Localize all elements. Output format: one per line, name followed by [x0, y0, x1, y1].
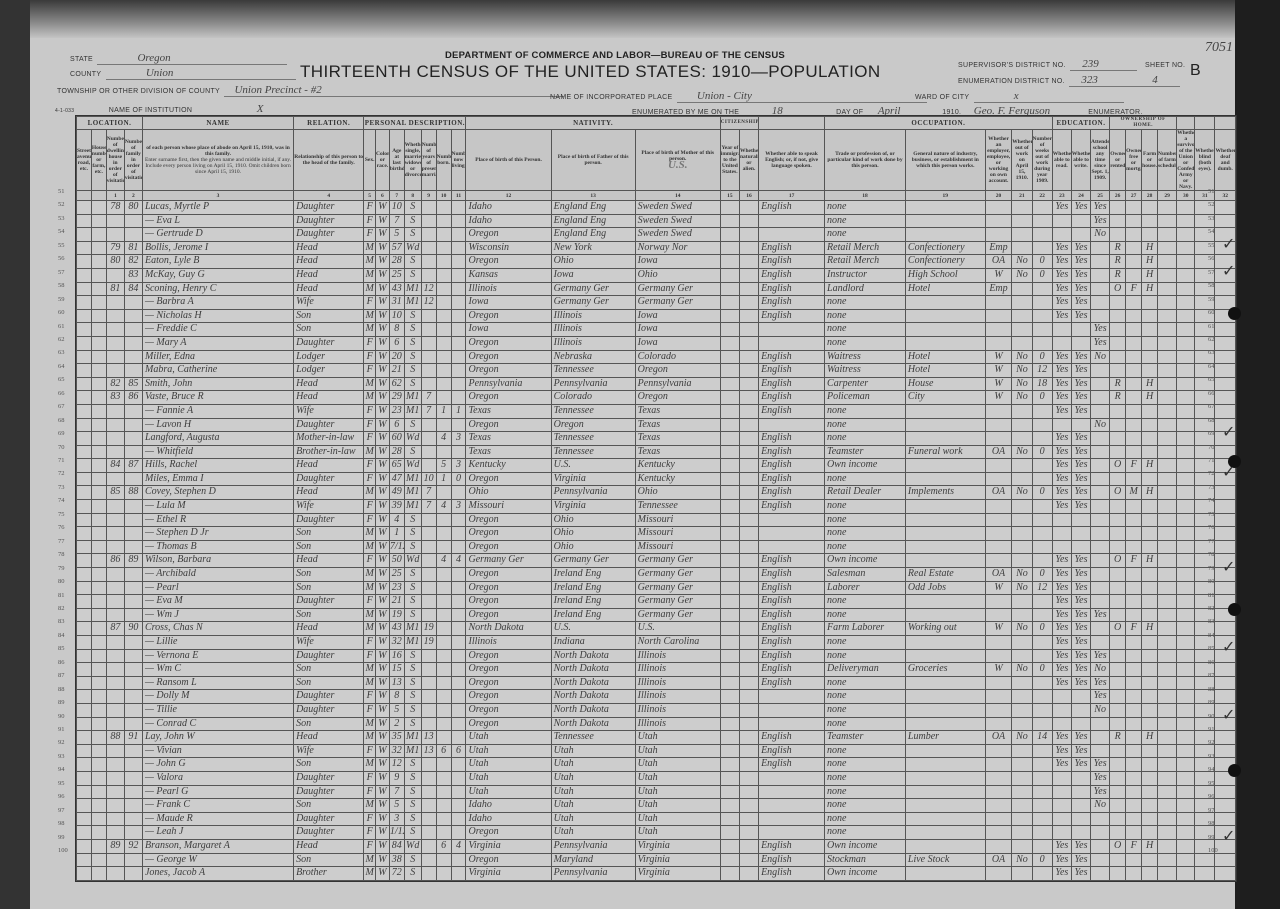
children-living — [451, 758, 466, 772]
trade: none — [825, 690, 906, 704]
children-born — [436, 445, 451, 459]
age: 6 — [389, 418, 404, 432]
line-number-right: 78 — [1208, 551, 1215, 558]
children-born — [436, 758, 451, 772]
can-read — [1052, 785, 1071, 799]
can-write: Yes — [1071, 595, 1090, 609]
can-read: Yes — [1052, 364, 1071, 378]
free-mortgaged: F — [1126, 622, 1142, 636]
can-read: Yes — [1052, 853, 1071, 867]
dwelling-number — [106, 608, 124, 622]
sex: F — [364, 744, 376, 758]
trade: none — [825, 812, 906, 826]
attended-school — [1091, 268, 1110, 282]
children-born — [436, 214, 451, 228]
birthplace: Kentucky — [466, 459, 551, 473]
table-row: — Dolly M Daughter F W 8 S Oregon North … — [77, 690, 1236, 704]
can-write: Yes — [1071, 636, 1090, 650]
children-living — [451, 201, 466, 215]
age: 65 — [389, 459, 404, 473]
years-married — [421, 568, 436, 582]
employer-status — [985, 432, 1012, 446]
mother-birthplace: Illinois — [635, 690, 720, 704]
line-number-right: 95 — [1208, 780, 1215, 787]
relation: Daughter — [294, 703, 364, 717]
age: 84 — [389, 839, 404, 853]
table-row: 89 92 Branson, Margaret A Head F W 84 Wd… — [77, 839, 1236, 853]
race: W — [376, 703, 390, 717]
weeks-out — [1032, 744, 1052, 758]
family-number — [124, 404, 142, 418]
age: 5 — [389, 228, 404, 242]
can-write: Yes — [1071, 364, 1090, 378]
race: W — [376, 241, 390, 255]
years-married — [421, 690, 436, 704]
industry — [905, 812, 985, 826]
line-number-left: 80 — [58, 578, 65, 585]
birthplace: Oregon — [466, 663, 551, 677]
children-living — [451, 581, 466, 595]
trade: Carpenter — [825, 377, 906, 391]
line-number-left: 60 — [58, 309, 65, 316]
free-mortgaged — [1126, 676, 1142, 690]
line-number-left: 84 — [58, 632, 65, 639]
out-of-work — [1012, 758, 1032, 772]
person-name: — Nicholas H — [142, 309, 293, 323]
line-number-left: 63 — [58, 349, 65, 356]
attended-school — [1091, 731, 1110, 745]
mother-birthplace: Texas — [635, 418, 720, 432]
can-read: Yes — [1052, 608, 1071, 622]
dwelling-number — [106, 703, 124, 717]
owned-rented — [1110, 214, 1126, 228]
children-living — [451, 663, 466, 677]
age: 29 — [389, 391, 404, 405]
can-read: Yes — [1052, 758, 1071, 772]
table-row: — Conrad C Son M W 2 S Oregon North Dako… — [77, 717, 1236, 731]
weeks-out — [1032, 649, 1052, 663]
family-number — [124, 568, 142, 582]
free-mortgaged — [1126, 649, 1142, 663]
weeks-out — [1032, 812, 1052, 826]
dwelling-number — [106, 690, 124, 704]
family-number: 84 — [124, 282, 142, 296]
owned-rented — [1110, 853, 1126, 867]
employer-status — [985, 472, 1012, 486]
dwelling-number: 89 — [106, 839, 124, 853]
trade: none — [825, 323, 906, 337]
family-number — [124, 296, 142, 310]
out-of-work — [1012, 867, 1032, 881]
marital-status: S — [404, 418, 421, 432]
children-born — [436, 799, 451, 813]
birthplace: Illinois — [466, 636, 551, 650]
years-married — [421, 268, 436, 282]
father-birthplace: North Dakota — [551, 663, 635, 677]
sex: F — [364, 703, 376, 717]
out-of-work — [1012, 799, 1032, 813]
children-living — [451, 717, 466, 731]
employer-status — [985, 867, 1012, 881]
farm-house — [1142, 663, 1158, 677]
can-read — [1052, 540, 1071, 554]
birthplace: Oregon — [466, 350, 551, 364]
owned-rented: O — [1110, 282, 1126, 296]
can-read: Yes — [1052, 377, 1071, 391]
children-living — [451, 377, 466, 391]
children-living — [451, 690, 466, 704]
trade: none — [825, 309, 906, 323]
owned-rented — [1110, 799, 1126, 813]
line-number-left: 88 — [58, 686, 65, 693]
state-label: STATE — [70, 56, 93, 63]
birthplace: Texas — [466, 432, 551, 446]
industry — [905, 323, 985, 337]
free-mortgaged — [1126, 744, 1142, 758]
farm-house: H — [1142, 377, 1158, 391]
attended-school — [1091, 717, 1110, 731]
trade: Own income — [825, 554, 906, 568]
sex: M — [364, 323, 376, 337]
group-citizenship: CITIZENSHIP. — [720, 117, 758, 130]
trade: Own income — [825, 867, 906, 881]
free-mortgaged — [1126, 799, 1142, 813]
attended-school: No — [1091, 703, 1110, 717]
sex: M — [364, 867, 376, 881]
children-born — [436, 241, 451, 255]
trade: Salesman — [825, 568, 906, 582]
language: English — [759, 309, 825, 323]
dwelling-number: 84 — [106, 459, 124, 473]
line-number-right: 98 — [1208, 820, 1215, 827]
children-living — [451, 391, 466, 405]
birthplace: Utah — [466, 771, 551, 785]
out-of-work — [1012, 839, 1032, 853]
can-write: Yes — [1071, 581, 1090, 595]
attended-school — [1091, 867, 1110, 881]
marital-status: S — [404, 826, 421, 840]
out-of-work — [1012, 323, 1032, 337]
marital-status: S — [404, 350, 421, 364]
marital-status: Wd — [404, 241, 421, 255]
age: 23 — [389, 404, 404, 418]
owned-rented — [1110, 350, 1126, 364]
age: 7 — [389, 785, 404, 799]
industry: Hotel — [905, 364, 985, 378]
free-mortgaged — [1126, 377, 1142, 391]
can-write — [1071, 703, 1090, 717]
race: W — [376, 350, 390, 364]
race: W — [376, 867, 390, 881]
free-mortgaged — [1126, 418, 1142, 432]
race: W — [376, 771, 390, 785]
out-of-work: No — [1012, 853, 1032, 867]
family-number: 87 — [124, 459, 142, 473]
family-number — [124, 432, 142, 446]
years-married — [421, 771, 436, 785]
line-number-left: 58 — [58, 282, 65, 289]
dwelling-number — [106, 364, 124, 378]
marital-status: S — [404, 268, 421, 282]
race: W — [376, 445, 390, 459]
sex: F — [364, 812, 376, 826]
can-read — [1052, 513, 1071, 527]
farm-house — [1142, 228, 1158, 242]
birthplace: Oregon — [466, 540, 551, 554]
sex: F — [364, 649, 376, 663]
family-number — [124, 812, 142, 826]
sex: M — [364, 255, 376, 269]
industry — [905, 418, 985, 432]
trade: Own income — [825, 459, 906, 473]
can-read: Yes — [1052, 391, 1071, 405]
language: English — [759, 255, 825, 269]
dwelling-number — [106, 649, 124, 663]
employer-status — [985, 527, 1012, 541]
trade: Instructor — [825, 268, 906, 282]
mother-birthplace: Utah — [635, 812, 720, 826]
person-name: — Pearl G — [142, 785, 293, 799]
industry — [905, 608, 985, 622]
mother-birthplace: Germany Ger — [635, 568, 720, 582]
attended-school — [1091, 472, 1110, 486]
attended-school — [1091, 391, 1110, 405]
sex: M — [364, 622, 376, 636]
father-birthplace: Utah — [551, 758, 635, 772]
weeks-out: 14 — [1032, 731, 1052, 745]
employer-status — [985, 323, 1012, 337]
line-number-left: 97 — [58, 807, 65, 814]
marital-status: S — [404, 608, 421, 622]
table-row: — Wm J Son M W 19 S Oregon Ireland Eng G… — [77, 608, 1236, 622]
free-mortgaged — [1126, 527, 1142, 541]
mother-birthplace: Missouri — [635, 513, 720, 527]
group-location: LOCATION. — [77, 117, 143, 130]
dwelling-number — [106, 350, 124, 364]
relation: Son — [294, 853, 364, 867]
age: 8 — [389, 323, 404, 337]
birthplace: Oregon — [466, 853, 551, 867]
attended-school — [1091, 853, 1110, 867]
can-read — [1052, 323, 1071, 337]
line-number-left: 61 — [58, 323, 65, 330]
employer-status: W — [985, 377, 1012, 391]
can-read: Yes — [1052, 282, 1071, 296]
relation: Head — [294, 255, 364, 269]
employer-status — [985, 785, 1012, 799]
children-living — [451, 636, 466, 650]
line-number-left: 86 — [58, 659, 65, 666]
weeks-out — [1032, 418, 1052, 432]
children-born — [436, 731, 451, 745]
person-name: Sconing, Henry C — [142, 282, 293, 296]
free-mortgaged — [1126, 867, 1142, 881]
relation: Son — [294, 527, 364, 541]
owned-rented: R — [1110, 377, 1126, 391]
children-living: 3 — [451, 432, 466, 446]
employer-status: Emp — [985, 241, 1012, 255]
age: 72 — [389, 867, 404, 881]
farm-house — [1142, 214, 1158, 228]
line-number-left: 96 — [58, 793, 65, 800]
farm-house — [1142, 581, 1158, 595]
years-married — [421, 432, 436, 446]
line-number-left: 52 — [58, 201, 65, 208]
relation: Daughter — [294, 785, 364, 799]
family-number — [124, 608, 142, 622]
free-mortgaged — [1126, 255, 1142, 269]
farm-house — [1142, 812, 1158, 826]
can-write — [1071, 785, 1090, 799]
line-number-right: 55 — [1208, 242, 1215, 249]
line-number-right: 54 — [1208, 228, 1215, 235]
free-mortgaged — [1126, 826, 1142, 840]
race: W — [376, 336, 390, 350]
industry — [905, 214, 985, 228]
col-speaks-english: Whether able to speak English; or, if no… — [759, 130, 825, 191]
sheet-side: B — [1190, 62, 1201, 80]
employer-status: OA — [985, 255, 1012, 269]
age: 57 — [389, 241, 404, 255]
can-write: Yes — [1071, 663, 1090, 677]
age: 50 — [389, 554, 404, 568]
can-read: Yes — [1052, 636, 1071, 650]
language: English — [759, 581, 825, 595]
employer-status: W — [985, 364, 1012, 378]
marital-status: S — [404, 445, 421, 459]
language — [759, 799, 825, 813]
father-birthplace: England Eng — [551, 228, 635, 242]
children-living: 4 — [451, 554, 466, 568]
line-number-right: 77 — [1208, 538, 1215, 545]
line-number-right: 90 — [1208, 713, 1215, 720]
farm-house — [1142, 853, 1158, 867]
marital-status: S — [404, 214, 421, 228]
farm-house — [1142, 758, 1158, 772]
relation: Son — [294, 717, 364, 731]
birthplace: Idaho — [466, 201, 551, 215]
relation: Son — [294, 799, 364, 813]
industry: High School — [905, 268, 985, 282]
employer-status: W — [985, 350, 1012, 364]
birthplace: Oregon — [466, 228, 551, 242]
children-born — [436, 255, 451, 269]
sex: M — [364, 309, 376, 323]
ward-label: WARD OF CITY — [915, 94, 969, 101]
father-birthplace: Utah — [551, 799, 635, 813]
industry — [905, 649, 985, 663]
birthplace: Idaho — [466, 812, 551, 826]
out-of-work: No — [1012, 364, 1032, 378]
punch-hole — [1228, 603, 1241, 616]
col-immigration-year: Year of immigration to the United States… — [720, 130, 739, 191]
weeks-out: 0 — [1032, 853, 1052, 867]
attended-school — [1091, 255, 1110, 269]
out-of-work: No — [1012, 486, 1032, 500]
employer-status — [985, 540, 1012, 554]
col-father-birthplace: Place of birth of Father of this person. — [551, 130, 635, 191]
weeks-out — [1032, 432, 1052, 446]
relation: Brother-in-law — [294, 445, 364, 459]
industry: Confectionery — [905, 255, 985, 269]
race: W — [376, 717, 390, 731]
father-birthplace: Germany Ger — [551, 554, 635, 568]
sex: F — [364, 296, 376, 310]
father-birthplace: Ireland Eng — [551, 568, 635, 582]
attended-school — [1091, 432, 1110, 446]
farm-house — [1142, 744, 1158, 758]
language: English — [759, 201, 825, 215]
employer-status — [985, 771, 1012, 785]
father-birthplace: New York — [551, 241, 635, 255]
children-living — [451, 486, 466, 500]
can-write: Yes — [1071, 391, 1090, 405]
language — [759, 540, 825, 554]
relation: Head — [294, 391, 364, 405]
father-birthplace: Pennsylvania — [551, 377, 635, 391]
language — [759, 826, 825, 840]
father-birthplace: North Dakota — [551, 703, 635, 717]
col-naturalized: Whether naturalized or alien. — [739, 130, 758, 191]
person-name: McKay, Guy G — [142, 268, 293, 282]
trade: none — [825, 432, 906, 446]
marital-status: S — [404, 568, 421, 582]
can-read: Yes — [1052, 350, 1071, 364]
dwelling-number — [106, 296, 124, 310]
years-married: 7 — [421, 404, 436, 418]
family-number — [124, 595, 142, 609]
marital-status: S — [404, 581, 421, 595]
owned-rented — [1110, 785, 1126, 799]
family-number: 80 — [124, 201, 142, 215]
person-name: — Wm J — [142, 608, 293, 622]
farm-house: H — [1142, 268, 1158, 282]
relation: Head — [294, 268, 364, 282]
can-read: Yes — [1052, 731, 1071, 745]
weeks-out: 0 — [1032, 268, 1052, 282]
trade: none — [825, 201, 906, 215]
dwelling-number — [106, 812, 124, 826]
group-language — [759, 117, 825, 130]
can-write: Yes — [1071, 309, 1090, 323]
father-birthplace: Iowa — [551, 268, 635, 282]
weeks-out — [1032, 758, 1052, 772]
mother-birthplace: Ohio — [635, 486, 720, 500]
marital-status: M1 — [404, 731, 421, 745]
free-mortgaged — [1126, 472, 1142, 486]
census-table: LOCATION. NAME RELATION. PERSONAL DESCRI… — [75, 115, 1237, 882]
owned-rented — [1110, 608, 1126, 622]
dwelling-number — [106, 758, 124, 772]
language: English — [759, 595, 825, 609]
farm-house: H — [1142, 282, 1158, 296]
can-write: Yes — [1071, 282, 1090, 296]
table-row: 83 86 Vaste, Bruce R Head M W 29 M1 7 Or… — [77, 391, 1236, 405]
father-birthplace: North Dakota — [551, 676, 635, 690]
race: W — [376, 568, 390, 582]
family-number: 89 — [124, 554, 142, 568]
can-read: Yes — [1052, 744, 1071, 758]
line-number-right: 59 — [1208, 296, 1215, 303]
out-of-work — [1012, 282, 1032, 296]
children-born: 6 — [436, 744, 451, 758]
family-number — [124, 663, 142, 677]
relation: Daughter — [294, 513, 364, 527]
line-number-right: 92 — [1208, 739, 1215, 746]
marital-status: S — [404, 527, 421, 541]
can-read: Yes — [1052, 676, 1071, 690]
out-of-work — [1012, 540, 1032, 554]
